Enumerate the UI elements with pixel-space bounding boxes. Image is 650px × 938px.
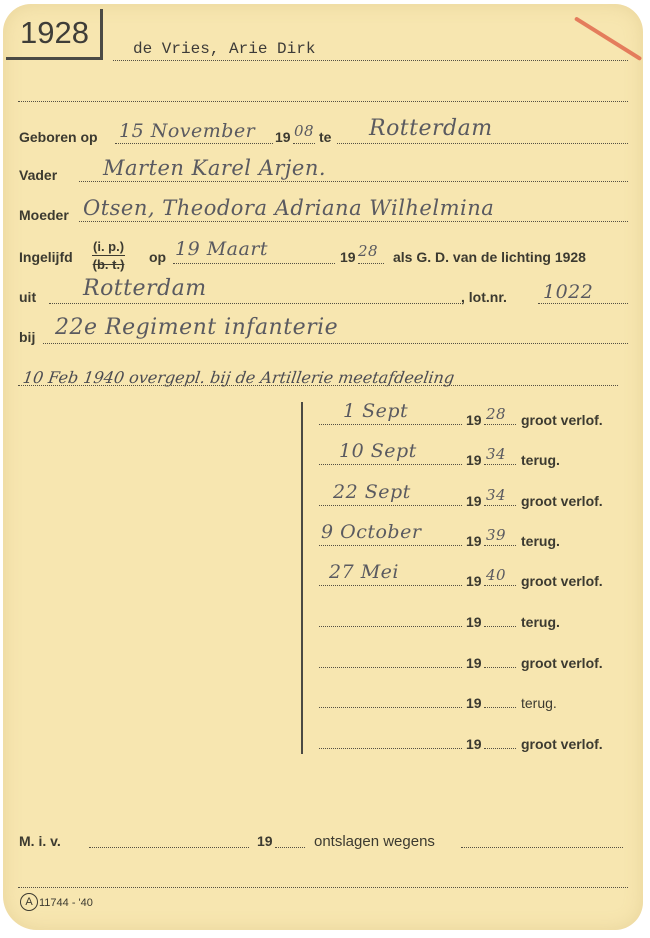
bottom-line [18, 887, 628, 888]
lot-label: , lot.nr. [461, 289, 507, 305]
vader-label: Vader [19, 167, 57, 183]
status-label: groot verlof. [521, 573, 603, 589]
status-date-line [319, 585, 462, 586]
ontslagen-reason-line [461, 847, 623, 848]
ingelijfd-label: Ingelijfd [19, 249, 73, 265]
status-date-line [319, 424, 462, 425]
status-date: 10 Sept [339, 440, 417, 462]
te-label: te [319, 129, 331, 145]
printer-logo-icon: A [20, 893, 38, 911]
status-year-line [484, 464, 516, 465]
status-year-line [484, 424, 516, 425]
geboren-place-line [337, 143, 628, 144]
uit-line [49, 303, 463, 304]
miv-date-line [89, 847, 249, 848]
year-stamp: 1928 [20, 15, 89, 51]
fraction-top: (i. p.) [92, 238, 125, 256]
geboren-year-line [293, 143, 315, 144]
moeder-label: Moeder [19, 207, 69, 223]
lichting-text: als G. D. van de lichting 1928 [393, 249, 586, 265]
person-name: de Vries, Arie Dirk [133, 40, 315, 58]
year-stamp-box: 1928 [6, 9, 103, 60]
moeder-line [79, 221, 628, 222]
bij-unit: 22e Regiment infanterie [55, 315, 338, 340]
status-date: 1 Sept [343, 400, 408, 422]
op-label: op [149, 249, 166, 265]
status-year-line [484, 545, 516, 546]
ontslagen-label: ontslagen wegens [314, 833, 435, 850]
status-date-line [319, 505, 462, 506]
status-year: 39 [486, 526, 506, 544]
status-label: terug. [521, 695, 557, 711]
lot-line [538, 303, 628, 304]
status-year: 34 [486, 486, 506, 504]
red-pencil-mark [574, 16, 642, 61]
ingelijfd-fraction: (i. p.) (b. t.) [92, 238, 125, 273]
geboren-date-line [115, 143, 273, 144]
status-year-prefix: 19 [466, 736, 482, 752]
status-date: 27 Mei [329, 561, 399, 583]
status-year-line [484, 707, 516, 708]
status-label: groot verlof. [521, 493, 603, 509]
status-year-prefix: 19 [466, 533, 482, 549]
ingelijfd-date-line [173, 263, 335, 264]
status-date: 9 October [321, 521, 421, 543]
status-date-line [319, 545, 462, 546]
status-year-prefix: 19 [466, 493, 482, 509]
status-year: 34 [486, 445, 506, 463]
geboren-place: Rotterdam [369, 116, 493, 141]
uit-place: Rotterdam [83, 276, 207, 301]
status-label: terug. [521, 452, 560, 468]
status-label: groot verlof. [521, 655, 603, 671]
vader-line [79, 181, 628, 182]
miv-year-prefix: 19 [257, 833, 273, 849]
status-year-prefix: 19 [466, 695, 482, 711]
status-date-line [319, 748, 462, 749]
annotation-line [18, 385, 618, 386]
bij-label: bij [19, 329, 35, 345]
status-year-prefix: 19 [466, 614, 482, 630]
lot-number: 1022 [543, 281, 593, 303]
geboren-date: 15 November [119, 120, 255, 142]
status-year-prefix: 19 [466, 573, 482, 589]
blank-line [18, 101, 628, 102]
miv-year-line [275, 847, 305, 848]
bij-line [43, 343, 628, 344]
status-year-line [484, 585, 516, 586]
status-year-line [484, 505, 516, 506]
form-code: 11744 - '40 [39, 897, 93, 909]
ingelijfd-date: 19 Maart [175, 238, 268, 260]
status-label: terug. [521, 614, 560, 630]
status-label: groot verlof. [521, 412, 603, 428]
status-date-line [319, 626, 462, 627]
ingelijfd-year-line [358, 263, 384, 264]
status-year-line [484, 667, 516, 668]
miv-label: M. i. v. [19, 833, 61, 849]
status-date-line [319, 707, 462, 708]
status-date: 22 Sept [333, 481, 411, 503]
status-divider [301, 402, 303, 754]
geboren-year: 08 [294, 122, 314, 140]
status-label: terug. [521, 533, 560, 549]
status-date-line [319, 464, 462, 465]
moeder-name: Otsen, Theodora Adriana Wilhelmina [83, 196, 494, 220]
geboren-label: Geboren op [19, 129, 98, 145]
vader-name: Marten Karel Arjen. [103, 156, 326, 180]
name-line [113, 60, 628, 61]
fraction-bottom-struck: (b. t.) [92, 256, 125, 273]
status-year-prefix: 19 [466, 452, 482, 468]
status-date-line [319, 667, 462, 668]
status-year: 40 [486, 566, 506, 584]
status-year-line [484, 626, 516, 627]
status-year-line [484, 748, 516, 749]
status-year: 28 [486, 405, 506, 423]
military-record-card: 1928 de Vries, Arie Dirk Geboren op 15 N… [3, 4, 643, 930]
status-year-prefix: 19 [466, 412, 482, 428]
status-label: groot verlof. [521, 736, 603, 752]
uit-label: uit [19, 289, 36, 305]
ingelijfd-year: 28 [358, 242, 378, 260]
ingelijfd-year-prefix: 19 [340, 249, 356, 265]
status-year-prefix: 19 [466, 655, 482, 671]
geboren-year-prefix: 19 [275, 129, 291, 145]
